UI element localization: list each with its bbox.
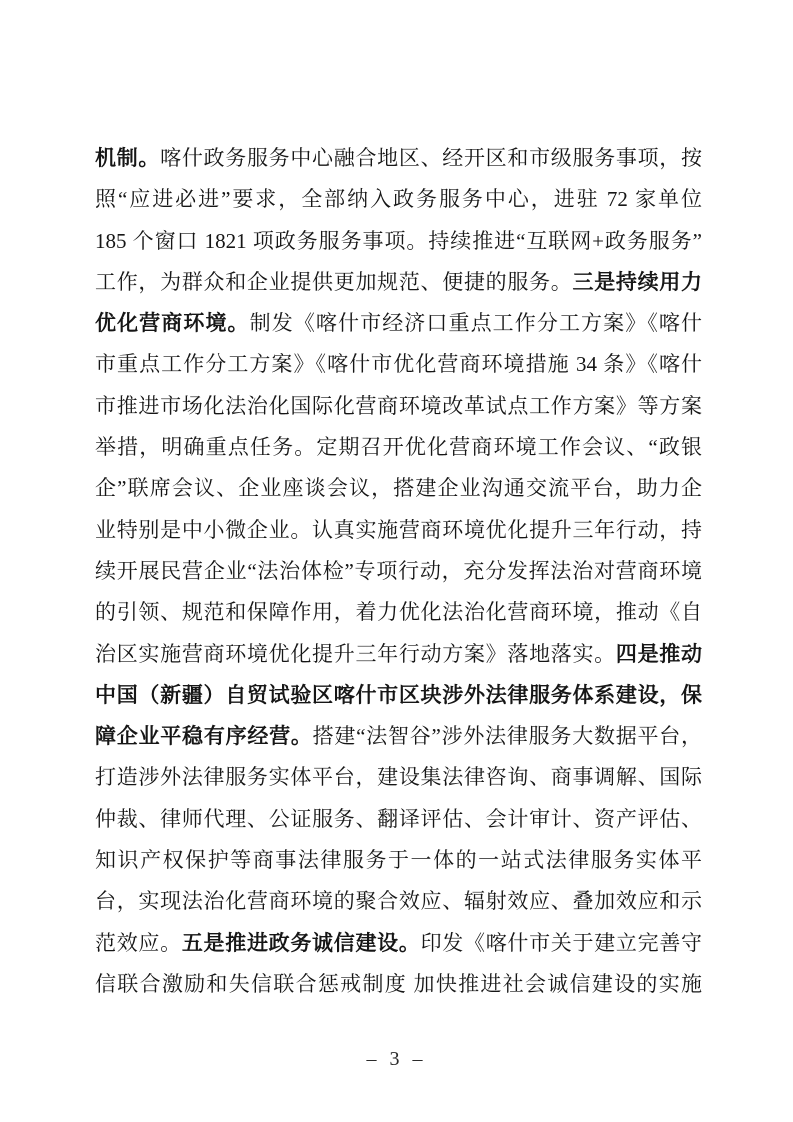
text-line: 举措，明确重点任务。定期召开优化营商环境工作会议、“政银 bbox=[95, 427, 702, 468]
body-text-segment: 企”联席会议、企业座谈会议，搭建企业沟通交流平台，助力企 bbox=[95, 476, 702, 500]
body-text-segment: 制发《喀什市经济口重点工作分工方案》《喀什 bbox=[250, 311, 702, 335]
body-text-segment: 续开展民营企业“法治体检”专项行动，充分发挥法治对营商环境 bbox=[95, 559, 702, 583]
emphasis-text: 三是持续用力 bbox=[572, 270, 702, 294]
emphasis-text: 优化营商环境。 bbox=[95, 311, 250, 335]
text-line: 打造涉外法律服务实体平台，建设集法律咨询、商事调解、国际 bbox=[95, 757, 702, 798]
text-line: 照“应进必进”要求，全部纳入政务服务中心，进驻 72 家单位 bbox=[95, 179, 702, 220]
body-text-segment: 的引领、规范和保障作用，着力优化法治化营商环境，推动《自 bbox=[95, 600, 702, 624]
body-text-segment: 喀什政务服务中心融合地区、经开区和市级服务事项，按 bbox=[160, 146, 702, 170]
body-text-segment: 台，实现法治化营商环境的聚合效应、辐射效应、叠加效应和示 bbox=[95, 889, 702, 913]
document-body: 机制。喀什政务服务中心融合地区、经开区和市级服务事项，按照“应进必进”要求，全部… bbox=[95, 138, 702, 1005]
body-text-segment: 信联合激励和失信联合惩戒制度 加快推进社会诚信建设的实施 bbox=[95, 972, 702, 996]
text-line: 台，实现法治化营商环境的聚合效应、辐射效应、叠加效应和示 bbox=[95, 881, 702, 922]
text-line: 知识产权保护等商事法律服务于一体的一站式法律服务实体平 bbox=[95, 840, 702, 881]
body-text-segment: 市推进市场化法治化国际化营商环境改革试点工作方案》等方案 bbox=[95, 394, 702, 418]
body-text-segment: 范效应。 bbox=[95, 931, 182, 955]
text-line: 信联合激励和失信联合惩戒制度 加快推进社会诚信建设的实施 bbox=[95, 964, 702, 1005]
text-line: 185 个窗口 1821 项政务服务事项。持续推进“互联网+政务服务” bbox=[95, 221, 702, 262]
emphasis-text: 五是推进政务诚信建设。 bbox=[182, 931, 421, 955]
text-line: 市重点工作分工方案》《喀什市优化营商环境措施 34 条》《喀什 bbox=[95, 344, 702, 385]
document-page: 机制。喀什政务服务中心融合地区、经开区和市级服务事项，按照“应进必进”要求，全部… bbox=[0, 0, 793, 1122]
emphasis-text: 机制。 bbox=[95, 146, 160, 170]
text-line: 企”联席会议、企业座谈会议，搭建企业沟通交流平台，助力企 bbox=[95, 468, 702, 509]
text-line: 中国（新疆）自贸试验区喀什市区块涉外法律服务体系建设，保 bbox=[95, 675, 702, 716]
text-line: 的引领、规范和保障作用，着力优化法治化营商环境，推动《自 bbox=[95, 592, 702, 633]
text-line: 续开展民营企业“法治体检”专项行动，充分发挥法治对营商环境 bbox=[95, 551, 702, 592]
body-text-segment: 知识产权保护等商事法律服务于一体的一站式法律服务实体平 bbox=[95, 848, 702, 872]
body-text-segment: 185 个窗口 1821 项政务服务事项。持续推进“互联网+政务服务” bbox=[95, 229, 702, 253]
body-text-segment: 照“应进必进”要求，全部纳入政务服务中心，进驻 72 家单位 bbox=[95, 187, 702, 211]
page-number: – 3 – bbox=[0, 1048, 793, 1071]
emphasis-text: 障企业平稳有序经营。 bbox=[95, 724, 313, 748]
text-line: 障企业平稳有序经营。搭建“法智谷”涉外法律服务大数据平台， bbox=[95, 716, 702, 757]
body-text-segment: 业特别是中小微企业。认真实施营商环境优化提升三年行动，持 bbox=[95, 518, 702, 542]
text-line: 市推进市场化法治化国际化营商环境改革试点工作方案》等方案 bbox=[95, 386, 702, 427]
body-text-segment: 搭建“法智谷”涉外法律服务大数据平台， bbox=[313, 724, 702, 748]
body-text-segment: 工作，为群众和企业提供更加规范、便捷的服务。 bbox=[95, 270, 572, 294]
text-line: 业特别是中小微企业。认真实施营商环境优化提升三年行动，持 bbox=[95, 510, 702, 551]
emphasis-text: 中国（新疆）自贸试验区喀什市区块涉外法律服务体系建设，保 bbox=[95, 683, 702, 707]
body-text-segment: 举措，明确重点任务。定期召开优化营商环境工作会议、“政银 bbox=[95, 435, 702, 459]
text-line: 优化营商环境。制发《喀什市经济口重点工作分工方案》《喀什 bbox=[95, 303, 702, 344]
text-line: 治区实施营商环境优化提升三年行动方案》落地落实。四是推动 bbox=[95, 634, 702, 675]
text-line: 仲裁、律师代理、公证服务、翻译评估、会计审计、资产评估、 bbox=[95, 799, 702, 840]
body-text-segment: 印发《喀什市关于建立完善守 bbox=[421, 931, 702, 955]
text-line: 机制。喀什政务服务中心融合地区、经开区和市级服务事项，按 bbox=[95, 138, 702, 179]
body-text-segment: 市重点工作分工方案》《喀什市优化营商环境措施 34 条》《喀什 bbox=[95, 352, 702, 376]
text-line: 范效应。五是推进政务诚信建设。印发《喀什市关于建立完善守 bbox=[95, 923, 702, 964]
body-text-segment: 仲裁、律师代理、公证服务、翻译评估、会计审计、资产评估、 bbox=[95, 807, 702, 831]
body-text-segment: 打造涉外法律服务实体平台，建设集法律咨询、商事调解、国际 bbox=[95, 765, 702, 789]
text-line: 工作，为群众和企业提供更加规范、便捷的服务。三是持续用力 bbox=[95, 262, 702, 303]
emphasis-text: 四是推动 bbox=[616, 642, 702, 666]
body-text-segment: 治区实施营商环境优化提升三年行动方案》落地落实。 bbox=[95, 642, 616, 666]
